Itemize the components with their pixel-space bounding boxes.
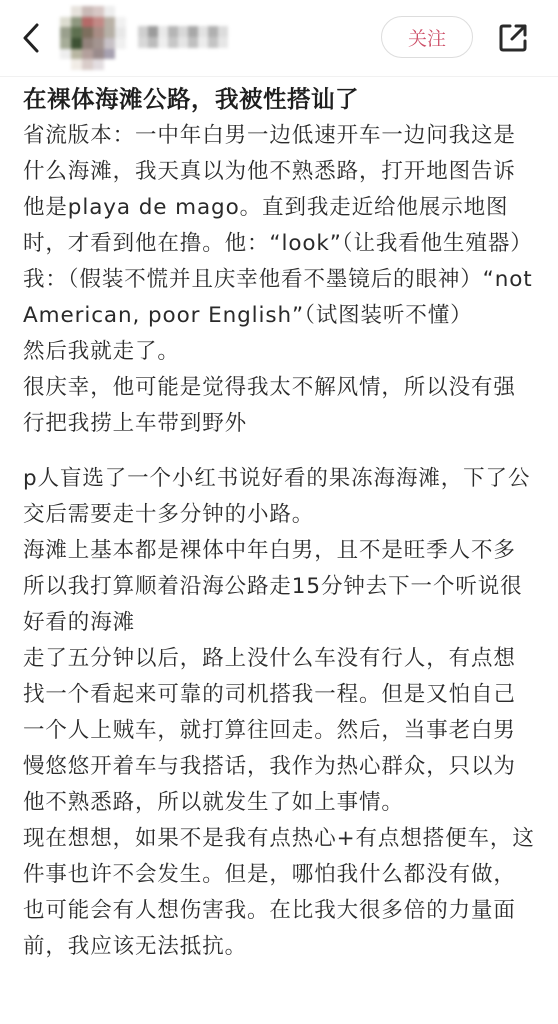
- top-nav-bar: 关注: [0, 0, 558, 77]
- post-paragraph: 走了五分钟以后，路上没什么车没有行人，有点想找一个看起来可靠的司机搭我一程。但是…: [23, 641, 535, 821]
- paragraph-spacer: [23, 442, 535, 461]
- post-paragraph: 很庆幸，他可能是觉得我太不解风情，所以没有强行把我捞上车带到野外: [23, 370, 535, 442]
- post-paragraph: 海滩上基本都是裸体中年白男，且不是旺季人不多: [23, 533, 535, 569]
- post-paragraph-summary: 省流版本：一中年白男一边低速开车一边问我这是什么海滩，我天真以为他不熟悉路，打开…: [23, 118, 535, 334]
- post-content: 在裸体海滩公路，我被性搭讪了 省流版本：一中年白男一边低速开车一边问我这是什么海…: [0, 77, 558, 965]
- post-paragraph: 现在想想，如果不是我有点热心+有点想搭便车，这件事也许不会发生。但是，哪怕我什么…: [23, 821, 535, 965]
- post-paragraph: 所以我打算顺着沿海公路走15分钟去下一个听说很好看的海滩: [23, 569, 535, 641]
- author-avatar-pixelated[interactable]: [60, 6, 126, 70]
- post-title: 在裸体海滩公路，我被性搭讪了: [23, 77, 535, 117]
- share-button[interactable]: [497, 22, 529, 54]
- post-paragraph: 然后我就走了。: [23, 334, 535, 370]
- chevron-left-icon: [21, 22, 41, 54]
- back-button[interactable]: [18, 22, 44, 54]
- post-body: 省流版本：一中年白男一边低速开车一边问我这是什么海滩，我天真以为他不熟悉路，打开…: [23, 118, 535, 965]
- post-paragraph: p人盲选了一个小红书说好看的果冻海海滩，下了公交后需要走十多分钟的小路。: [23, 461, 535, 533]
- author-name-pixelated[interactable]: [138, 26, 228, 48]
- follow-button[interactable]: 关注: [381, 16, 473, 58]
- share-external-icon: [497, 22, 529, 54]
